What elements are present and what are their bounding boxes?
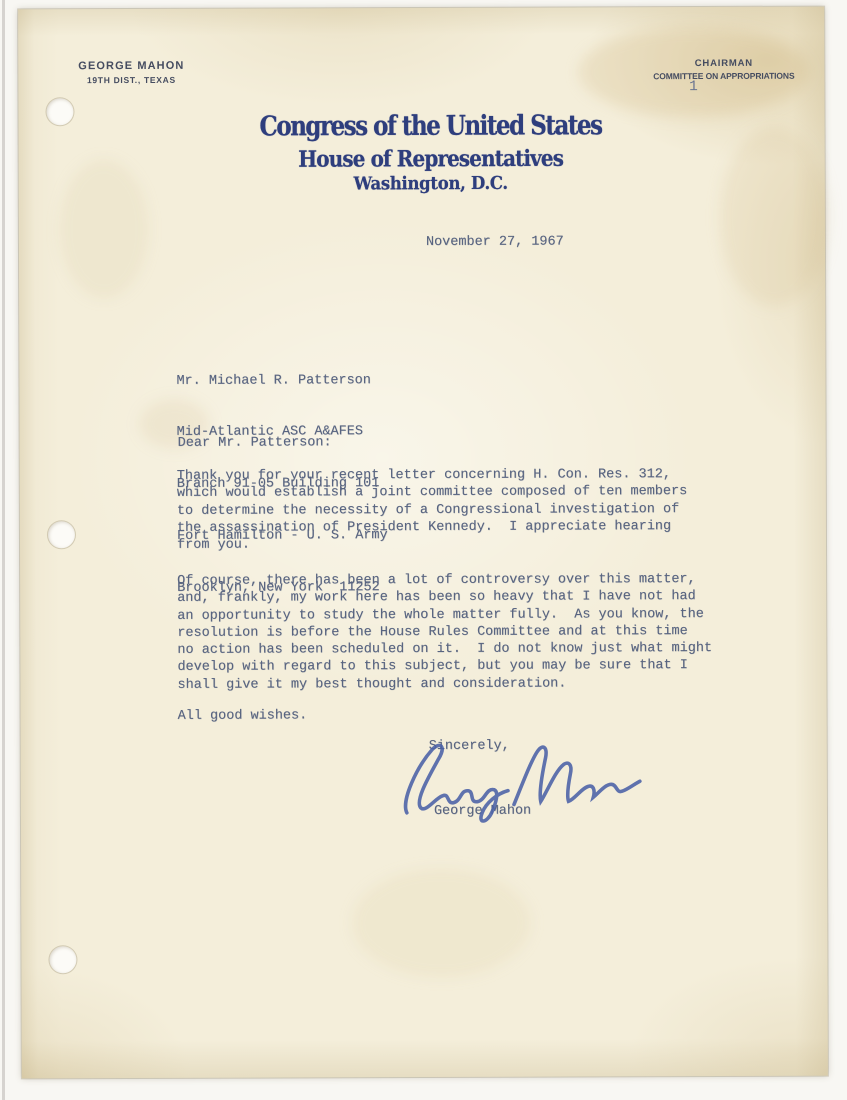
scanner-edge-line bbox=[2, 0, 5, 1100]
scanned-letter-page: GEORGE MAHON 19TH DIST., TEXAS CHAIRMAN … bbox=[0, 0, 847, 1100]
page-number-stamp: 1 bbox=[682, 79, 704, 95]
chairman-committee: COMMITTEE ON APPROPRIATIONS bbox=[626, 71, 821, 82]
letterhead-house: House of Representatives bbox=[19, 144, 825, 174]
body-paragraph-2: Of course, there has been a lot of contr… bbox=[177, 571, 712, 694]
date-line: November 27, 1967 bbox=[426, 234, 564, 252]
letterhead-washington: Washington, D.C. bbox=[19, 172, 825, 195]
chairman-title: CHAIRMAN bbox=[626, 58, 821, 70]
body-paragraph-1: Thank you for your recent letter concern… bbox=[177, 466, 688, 554]
handwritten-signature bbox=[397, 740, 647, 827]
letterhead-congress: Congress of the United States bbox=[18, 109, 824, 144]
body-paragraph-3: All good wishes. bbox=[178, 707, 308, 725]
member-name: GEORGE MAHON bbox=[56, 60, 206, 73]
punch-hole-bottom bbox=[49, 946, 76, 973]
punch-hole-middle bbox=[48, 521, 75, 548]
member-district: 19TH DIST., TEXAS bbox=[56, 75, 206, 86]
recipient-line: Mr. Michael R. Patterson bbox=[176, 372, 387, 390]
letter-paper: GEORGE MAHON 19TH DIST., TEXAS CHAIRMAN … bbox=[18, 7, 828, 1079]
paper-stain bbox=[351, 868, 531, 979]
salutation: Dear Mr. Patterson: bbox=[178, 434, 332, 452]
member-name-block: GEORGE MAHON 19TH DIST., TEXAS bbox=[56, 60, 206, 86]
chairman-block: CHAIRMAN COMMITTEE ON APPROPRIATIONS bbox=[626, 58, 821, 82]
